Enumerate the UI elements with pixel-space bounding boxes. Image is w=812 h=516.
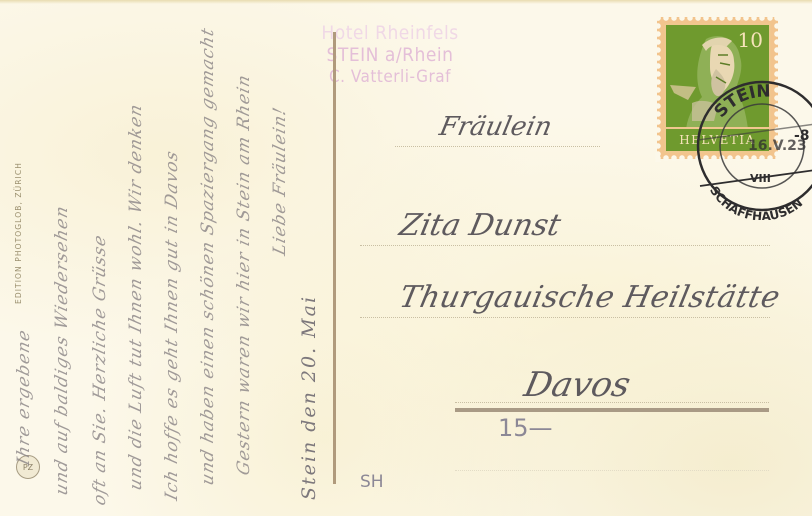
center-divider [333,32,336,484]
sender-stamp-line: C. Vatterli-Graf [285,67,495,87]
message-line: Ich hoffe es geht Ihnen gut in Davos [162,148,182,502]
address-rule [360,317,770,318]
message-line: oft an Sie. Herzliche Grüsse [90,232,110,507]
sender-stamp-line: Hotel Rheinfels [285,22,495,44]
stamp-value: 10 [738,28,763,52]
handwritten-message: Ihre ergebene und auf baldiges Wiederseh… [10,5,330,505]
postmark-time: -8 [794,128,810,144]
message-line: und die Luft tut Ihnen wohl. Wir denken [126,101,146,492]
postmark-cancellation-icon: STEIN 16.V.23 -8 VIII SCHAFFHAUSEN [690,70,812,220]
pencil-mark: SH [360,472,384,492]
card-edge [0,0,812,4]
postmark-numeral: VIII [750,172,771,185]
postmark-region: SCHAFFHAUSEN [707,184,805,220]
message-line: Gestern waren wir hier in Stein am Rhein [234,72,254,477]
destination-underline [455,408,769,412]
message-line: Ihre ergebene [14,327,34,467]
address-title: Fräulein [437,112,555,142]
sender-hotel-stamp: Hotel Rheinfels STEIN a/Rhein C. Vatterl… [285,22,495,87]
address-rule [360,245,770,246]
address-recipient: Zita Dunst [396,208,564,243]
address-rule [395,146,600,147]
message-salutation: Liebe Fräulein! [270,105,290,258]
address-institution: Thurgauische Heilstätte [396,280,783,315]
message-date: Stein den 20. Mai [298,295,320,500]
sender-stamp-line: STEIN a/Rhein [285,44,495,66]
svg-text:STEIN: STEIN [711,81,771,121]
postmark-town: STEIN [711,81,771,121]
pencil-note: 15— [498,414,553,442]
svg-text:SCHAFFHAUSEN: SCHAFFHAUSEN [707,184,805,220]
address-rule [455,470,769,471]
address-town: Davos [521,365,634,405]
message-line: und haben einen schönen Spaziergang gema… [198,25,218,487]
message-line: und auf baldiges Wiedersehen [52,203,72,497]
postcard-back: EDITION PHOTOGLOB, ZÜRICH PZ Ihre ergebe… [0,0,812,516]
